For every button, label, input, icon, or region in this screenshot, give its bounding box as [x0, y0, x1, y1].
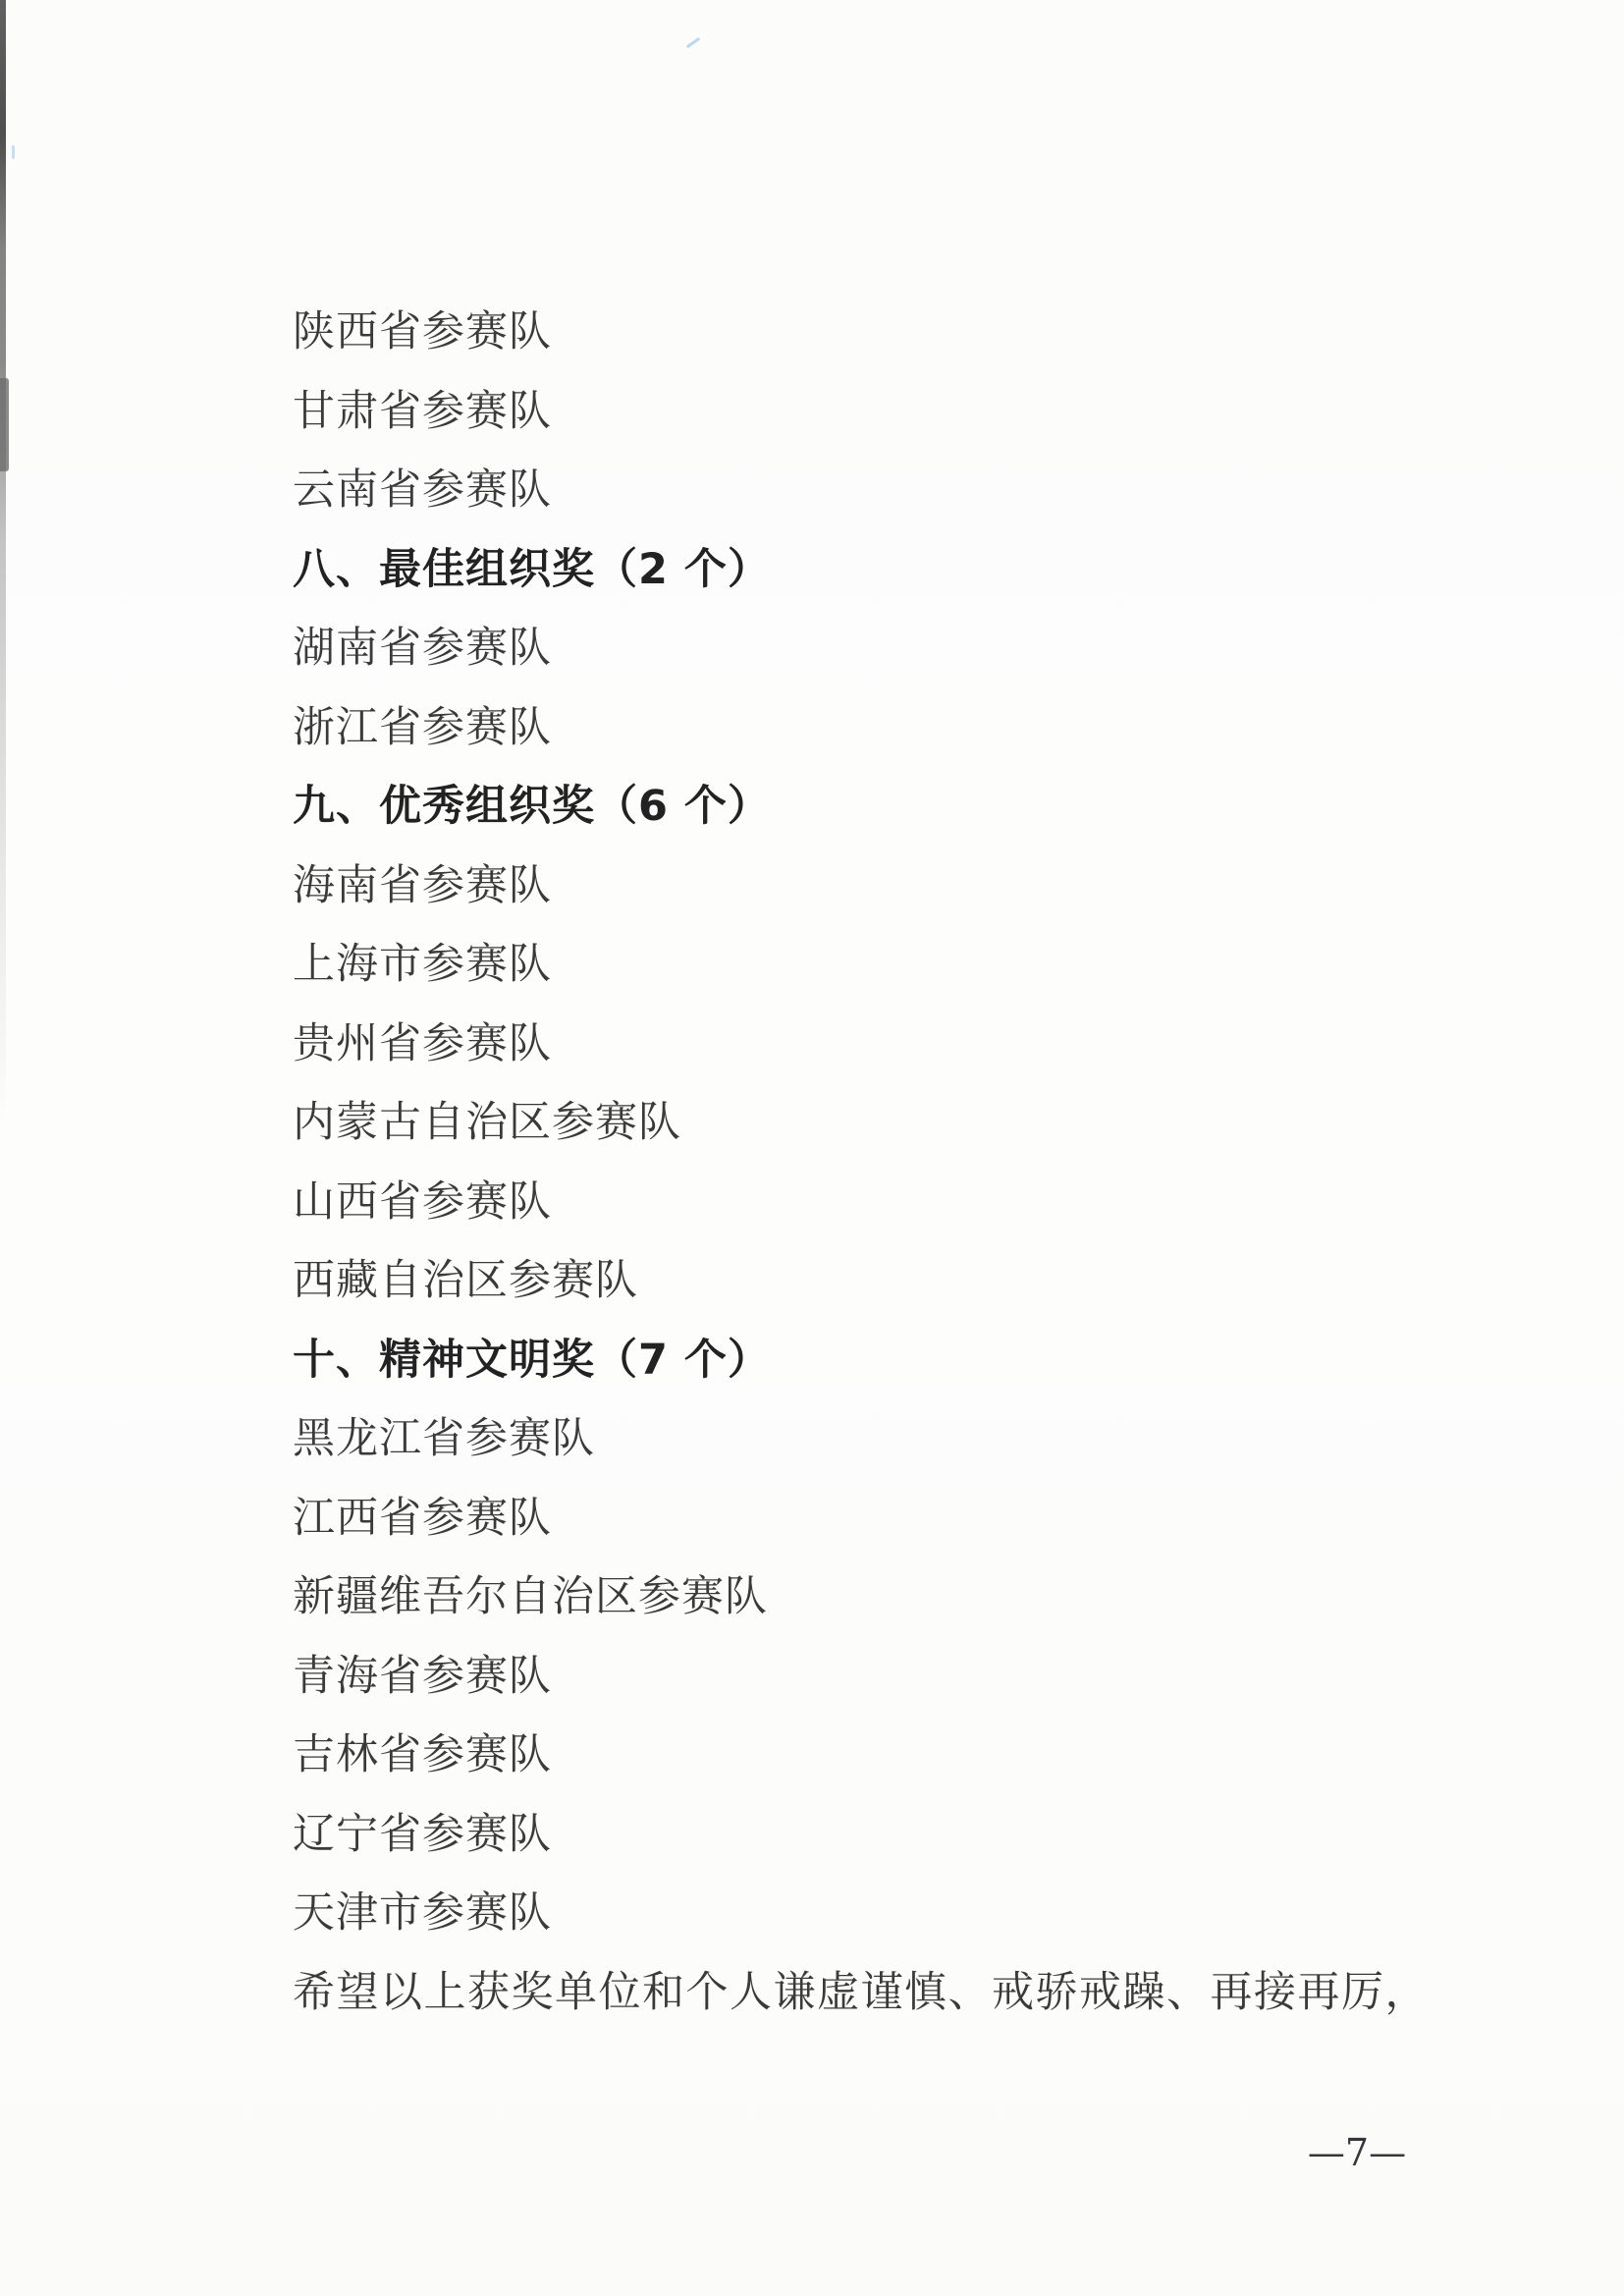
- award-list-item: 上海市参赛队: [293, 925, 1510, 1005]
- award-list-item: 贵州省参赛队: [293, 1005, 1510, 1084]
- award-list-item: 陕西省参赛队: [293, 293, 1510, 372]
- award-list-item: 天津市参赛队: [293, 1874, 1510, 1953]
- award-list-item: 云南省参赛队: [293, 451, 1510, 530]
- scan-edge-artifact: [0, 0, 6, 1129]
- scan-edge-blotch: [0, 378, 9, 471]
- award-list-item: 内蒙古自治区参赛队: [293, 1083, 1510, 1163]
- award-list-item: 山西省参赛队: [293, 1163, 1510, 1242]
- scan-speck: [686, 37, 701, 49]
- document-body: 陕西省参赛队甘肃省参赛队云南省参赛队八、最佳组织奖（2 个）湖南省参赛队浙江省参…: [293, 293, 1510, 2032]
- closing-paragraph: 希望以上获奖单位和个人谦虚谨慎、戒骄戒躁、再接再厉，: [293, 1953, 1510, 2033]
- award-list-item: 湖南省参赛队: [293, 609, 1510, 688]
- scan-speck: [12, 145, 15, 159]
- section-heading: 九、优秀组织奖（6 个）: [293, 767, 1510, 847]
- award-list-item: 吉林省参赛队: [293, 1716, 1510, 1795]
- award-list-item: 甘肃省参赛队: [293, 372, 1510, 452]
- section-heading: 八、最佳组织奖（2 个）: [293, 530, 1510, 610]
- award-list-item: 黑龙江省参赛队: [293, 1399, 1510, 1479]
- award-list-item: 青海省参赛队: [293, 1637, 1510, 1717]
- award-list-item: 海南省参赛队: [293, 847, 1510, 926]
- page-number: —7—: [1298, 2129, 1416, 2176]
- document-lines: 陕西省参赛队甘肃省参赛队云南省参赛队八、最佳组织奖（2 个）湖南省参赛队浙江省参…: [293, 293, 1510, 2032]
- scanned-document-page: 陕西省参赛队甘肃省参赛队云南省参赛队八、最佳组织奖（2 个）湖南省参赛队浙江省参…: [0, 0, 1624, 2296]
- award-list-item: 江西省参赛队: [293, 1479, 1510, 1558]
- award-list-item: 辽宁省参赛队: [293, 1795, 1510, 1875]
- award-list-item: 西藏自治区参赛队: [293, 1241, 1510, 1321]
- award-list-item: 新疆维吾尔自治区参赛队: [293, 1558, 1510, 1637]
- award-list-item: 浙江省参赛队: [293, 688, 1510, 768]
- section-heading: 十、精神文明奖（7 个）: [293, 1321, 1510, 1400]
